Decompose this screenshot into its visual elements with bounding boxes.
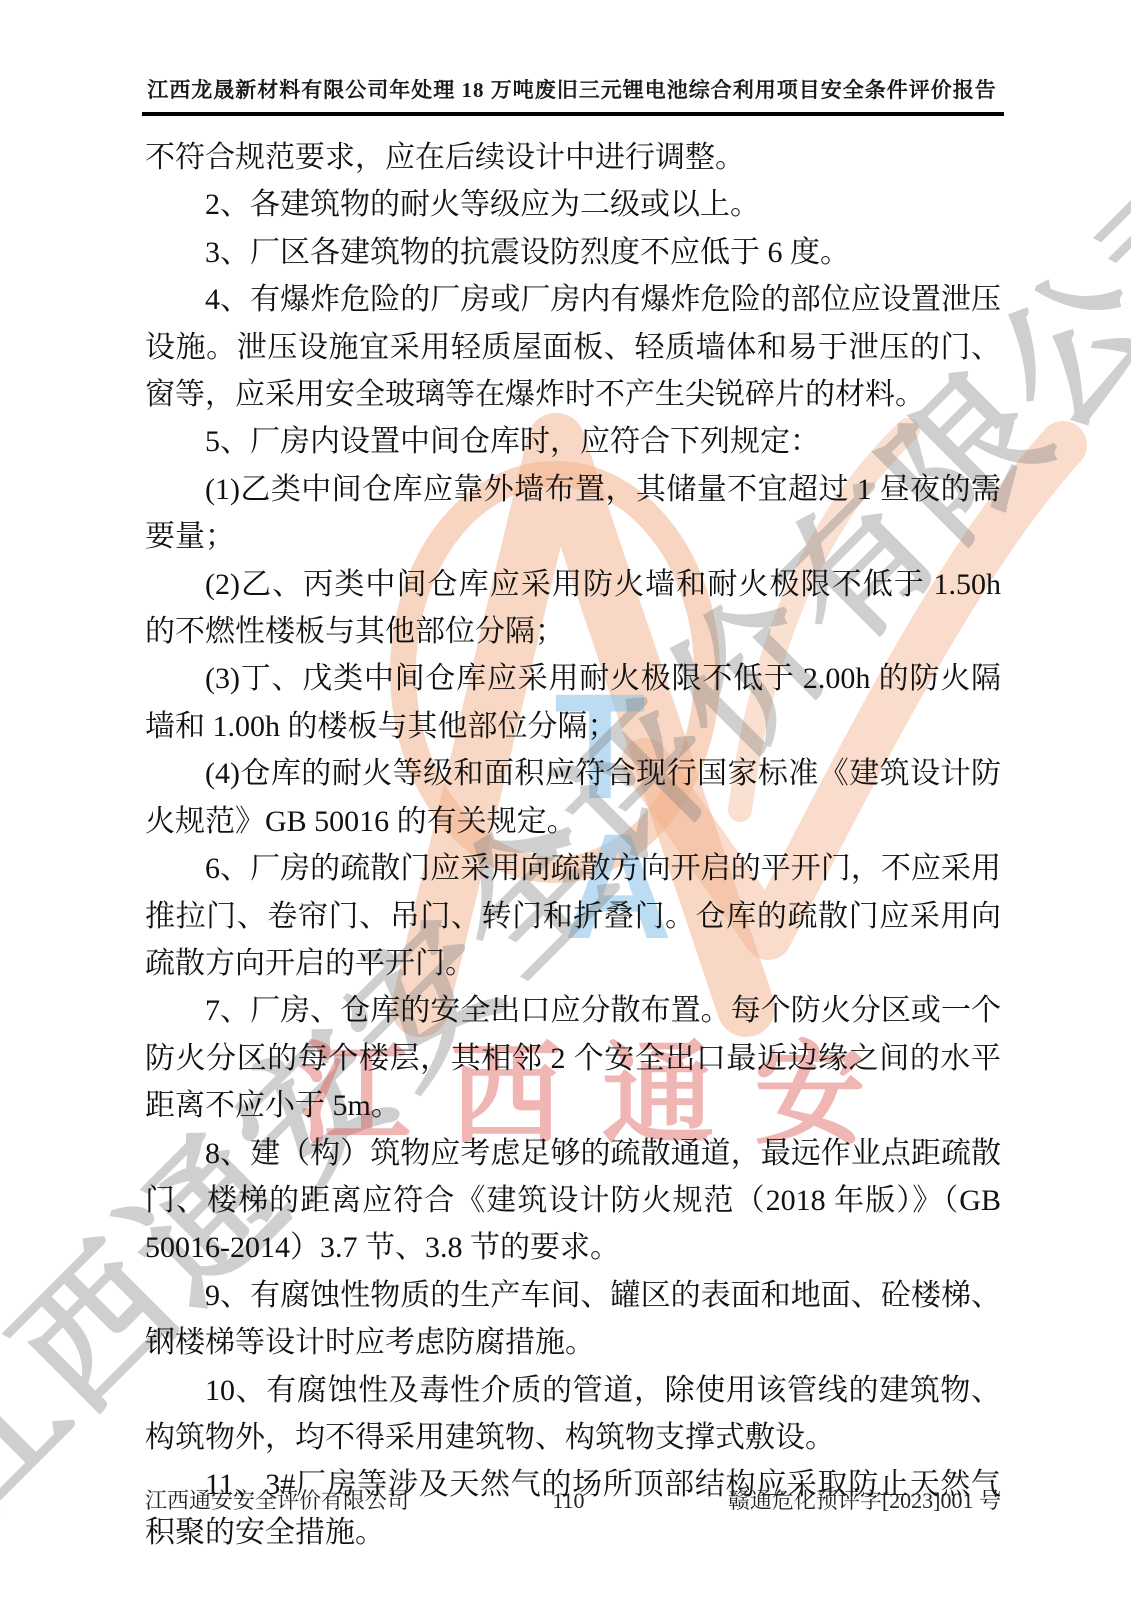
- page-header-title: 江西龙晟新材料有限公司年处理 18 万吨废旧三元锂电池综合利用项目安全条件评价报…: [138, 74, 1006, 104]
- body-text: 不符合规范要求，应在后续设计中进行调整。 2、各建筑物的耐火等级应为二级或以上。…: [145, 134, 1001, 1556]
- paragraph: 4、有爆炸危险的厂房或厂房内有爆炸危险的部位应设置泄压设施。泄压设施宜采用轻质屋…: [145, 276, 1001, 418]
- paragraph: 不符合规范要求，应在后续设计中进行调整。: [145, 134, 1001, 181]
- paragraph: (2)乙、丙类中间仓库应采用防火墙和耐火极限不低于 1.50h 的不燃性楼板与其…: [145, 561, 1001, 656]
- paragraph: (3)丁、戊类中间仓库应采用耐火极限不低于 2.00h 的防火隔墙和 1.00h…: [145, 655, 1001, 750]
- paragraph: 7、厂房、仓库的安全出口应分散布置。每个防火分区或一个防火分区的每个楼层，其相邻…: [145, 987, 1001, 1129]
- paragraph: 10、有腐蚀性及毒性介质的管道，除使用该管线的建筑物、构筑物外，均不得采用建筑物…: [145, 1367, 1001, 1462]
- header-rule: [142, 112, 1004, 116]
- footer-doc-number: 赣通危化预评字[2023]001 号: [728, 1484, 1001, 1515]
- paragraph: 3、厂区各建筑物的抗震设防烈度不应低于 6 度。: [145, 229, 1001, 276]
- paragraph: 8、建（构）筑物应考虑足够的疏散通道，最远作业点距疏散门、楼梯的距离应符合《建筑…: [145, 1130, 1001, 1272]
- report-page: T A 江西通安安全评价有限公司 江西通安 江西龙晟新材料有限公司年处理 18 …: [0, 0, 1131, 1600]
- paragraph: (4)仓库的耐火等级和面积应符合现行国家标准《建筑设计防火规范》GB 50016…: [145, 750, 1001, 845]
- paragraph: (1)乙类中间仓库应靠外墙布置，其储量不宜超过 1 昼夜的需要量；: [145, 466, 1001, 561]
- paragraph: 2、各建筑物的耐火等级应为二级或以上。: [145, 181, 1001, 228]
- paragraph: 9、有腐蚀性物质的生产车间、罐区的表面和地面、砼楼梯、钢楼梯等设计时应考虑防腐措…: [145, 1272, 1001, 1367]
- paragraph: 6、厂房的疏散门应采用向疏散方向开启的平开门，不应采用推拉门、卷帘门、吊门、转门…: [145, 845, 1001, 987]
- footer-page-number: 110: [552, 1488, 584, 1514]
- page-footer: 江西通安安全评价有限公司 110 赣通危化预评字[2023]001 号: [145, 1484, 1001, 1515]
- paragraph: 5、厂房内设置中间仓库时，应符合下列规定：: [145, 418, 1001, 465]
- footer-company: 江西通安安全评价有限公司: [145, 1484, 409, 1515]
